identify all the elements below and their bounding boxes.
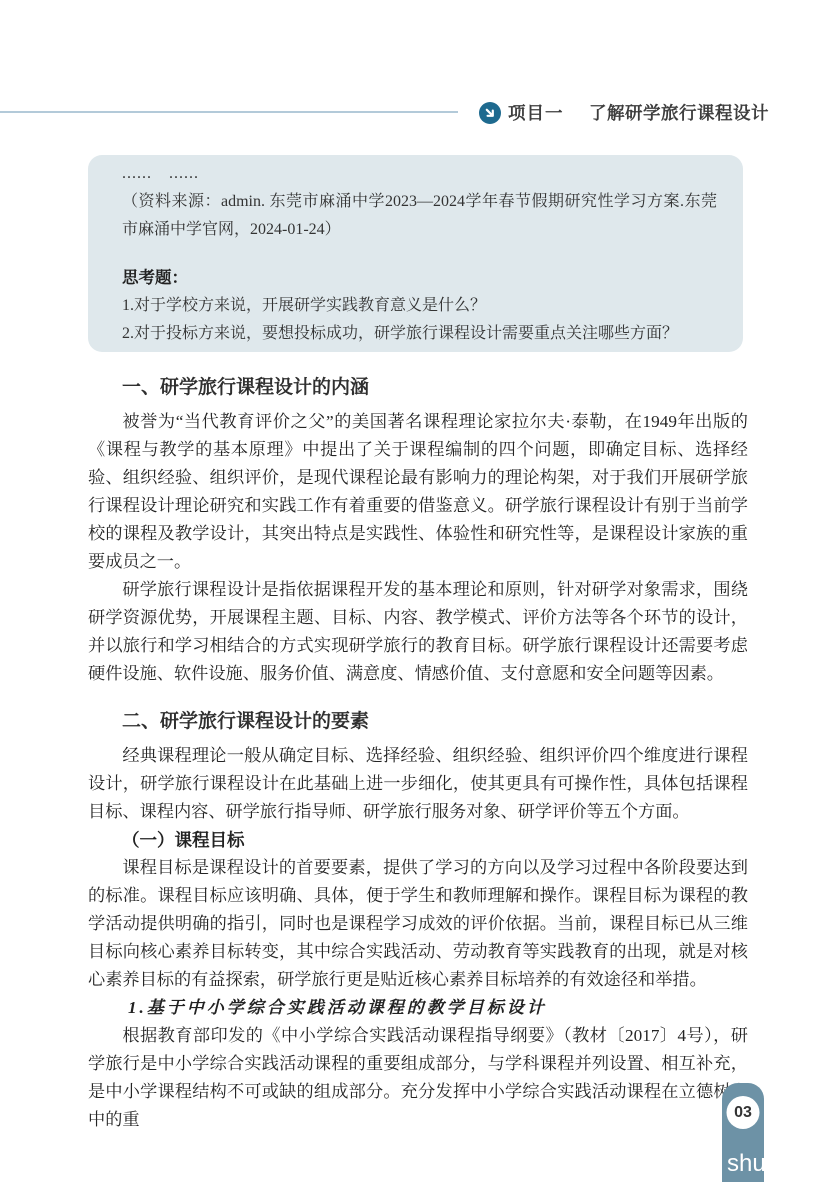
ellipsis-line: ...... ......: [122, 160, 717, 188]
page-number-tab: 03 shun: [722, 1083, 764, 1182]
question-item: 1.对于学校方来说，开展研学实践教育意义是什么？: [122, 292, 717, 320]
sub-subsection-heading: 1.基于中小学综合实践活动课程的教学目标设计: [88, 994, 748, 1022]
subsection-heading: （一）课程目标: [88, 826, 748, 854]
paragraph: 被誉为“当代教育评价之父”的美国著名课程理论家拉尔夫·泰勒，在1949年出版的《…: [88, 408, 748, 576]
section-heading-2: 二、研学旅行课程设计的要素: [88, 708, 748, 736]
document-page: 项目一 了解研学旅行课程设计 ...... ...... （资料来源：admin…: [0, 0, 836, 1182]
section-heading-1: 一、研学旅行课程设计的内涵: [88, 374, 748, 402]
paragraph: 研学旅行课程设计是指依据课程开发的基本理论和原则，针对研学对象需求，围绕研学资源…: [88, 576, 748, 688]
paragraph: 课程目标是课程设计的首要要素，提供了学习的方向以及学习过程中各阶段要达到的标准。…: [88, 854, 748, 994]
source-citation: （资料来源：admin. 东莞市麻涌中学2023—2024学年春节假期研究性学习…: [122, 188, 717, 244]
case-study-box: ...... ...... （资料来源：admin. 东莞市麻涌中学2023—2…: [88, 155, 743, 352]
question-item: 2.对于投标方来说，要想投标成功，研学旅行课程设计需要重点关注哪些方面？: [122, 320, 717, 348]
page-number-badge: 03: [727, 1096, 760, 1129]
questions-title: 思考题：: [122, 264, 717, 292]
page-number: 03: [734, 1104, 752, 1122]
body-content: 一、研学旅行课程设计的内涵 被誉为“当代教育评价之父”的美国著名课程理论家拉尔夫…: [88, 354, 748, 1134]
arrow-down-right-circle-icon: [479, 102, 501, 124]
paragraph: 根据教育部印发的《中小学综合实践活动课程指导纲要》（教材〔2017〕4号），研学…: [88, 1022, 748, 1134]
paragraph: 经典课程理论一般从确定目标、选择经验、组织经验、组织评价四个维度进行课程设计，研…: [88, 742, 748, 826]
header-rule: [0, 111, 458, 113]
watermark-text: shun: [727, 1150, 779, 1178]
project-number-label: 项目一: [508, 101, 564, 125]
chapter-title: 了解研学旅行课程设计: [589, 101, 769, 125]
